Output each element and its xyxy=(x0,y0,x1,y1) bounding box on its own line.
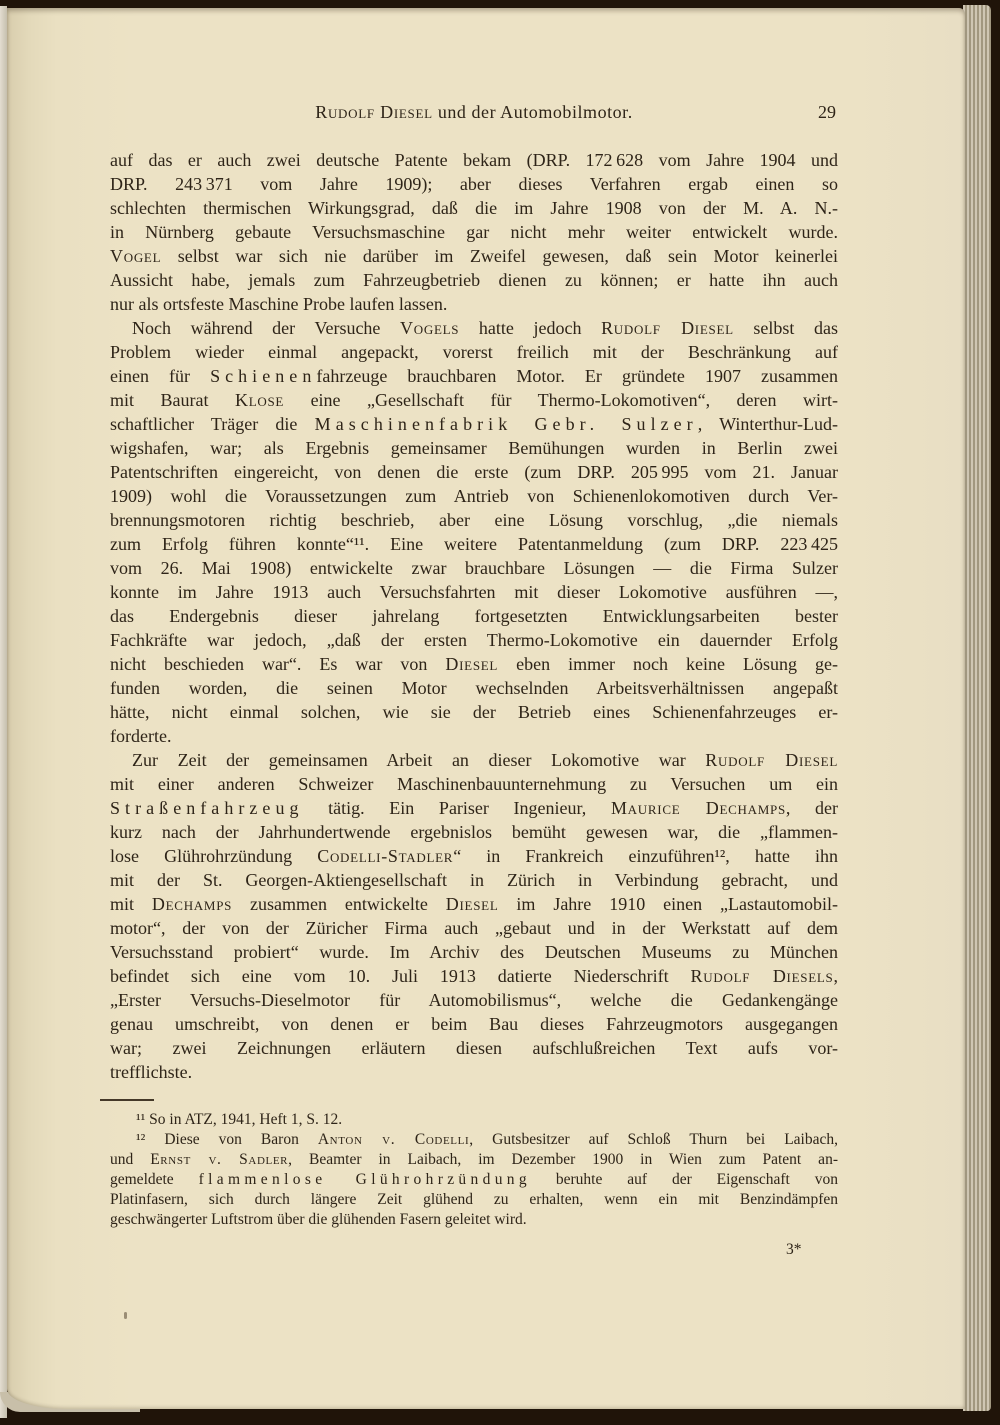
small-caps-name: Rudolf Diesel xyxy=(705,750,838,770)
small-caps-name: Klose xyxy=(235,390,284,410)
small-caps-name: Rudolf Diesel xyxy=(601,318,734,338)
text-segment: “ in Frankreich einzuführen¹², hatte ihn xyxy=(453,846,838,866)
text-line: in Nürnberg gebaute Versuchsmaschine gar… xyxy=(110,220,838,244)
text-segment: Aussicht habe, jemals zum Fahrzeugbetrie… xyxy=(110,270,838,290)
small-caps-name: Vogels xyxy=(400,318,459,338)
text-segment: war; zwei Zeichnungen erläutern diesen a… xyxy=(110,1038,838,1058)
text-segment: 1909) wohl die Voraussetzungen zum Antri… xyxy=(110,486,838,506)
text-segment: nicht beschieden war“. Es war von xyxy=(110,654,445,674)
text-segment: mit einer anderen Schweizer Maschinenbau… xyxy=(110,774,838,794)
text-line: 1909) wohl die Voraussetzungen zum Antri… xyxy=(110,484,838,508)
text-line: gemeldete flammenlose Glührohrzündung be… xyxy=(110,1170,838,1190)
letterspaced-text: flammenlose Glührohrzündung xyxy=(199,1171,531,1188)
small-caps-name: Rudolf Diesels xyxy=(691,966,834,986)
signature-mark: 3* xyxy=(110,1241,838,1259)
text-line: kurz nach der Jahrhundertwende ergebnisl… xyxy=(110,820,838,844)
small-caps-name: Anton v. Codelli xyxy=(318,1131,469,1148)
running-header: Rudolf Diesel und der Automobilmotor. 29 xyxy=(110,100,838,124)
footnote: ¹¹ So in ATZ, 1941, Heft 1, S. 12. xyxy=(110,1110,838,1130)
text-line: forderte. xyxy=(110,724,838,748)
text-segment: Versuchsstand probiert“ wurde. Im Archiv… xyxy=(110,942,838,962)
small-caps-name: Maurice Dechamps xyxy=(611,798,786,818)
letterspaced-text: Straßenfahrzeug xyxy=(110,798,304,818)
text-segment: befindet sich eine vom 10. Juli 1913 dat… xyxy=(110,966,691,986)
page-edges-stack xyxy=(963,5,991,1411)
text-segment: vom 26. Mai 1908) entwickelte zwar brauc… xyxy=(110,558,838,578)
text-segment: konnte im Jahre 1913 auch Versuchsfahrte… xyxy=(110,582,838,602)
text-segment: wigshafen, war; als Ergebnis gemeinsamer… xyxy=(110,438,838,458)
running-header-title: Rudolf Diesel und der Automobilmotor. xyxy=(110,100,838,124)
text-line: das Endergebnis dieser jahrelang fortges… xyxy=(110,604,838,628)
paragraph: auf das er auch zwei deutsche Patente be… xyxy=(110,148,838,316)
text-line: nur als ortsfeste Maschine Probe laufen … xyxy=(110,292,838,316)
text-segment: einen für xyxy=(110,366,210,386)
small-caps-name: Rudolf Diesel xyxy=(315,102,433,122)
text-segment: hätte, nicht einmal solchen, wie sie der… xyxy=(110,702,838,722)
text-segment: , der xyxy=(786,798,838,818)
paragraph: Noch während der Versuche Vogels hatte j… xyxy=(110,316,838,748)
text-line: Noch während der Versuche Vogels hatte j… xyxy=(110,316,838,340)
text-segment: selbst war sich nie darüber im Zweifel g… xyxy=(161,246,838,266)
text-segment: hatte jedoch xyxy=(459,318,601,338)
text-line: Vogel selbst war sich nie darüber im Zwe… xyxy=(110,244,838,268)
paragraph: Zur Zeit der gemeinsamen Arbeit an diese… xyxy=(110,748,838,1084)
text-line: DRP. 243 371 vom Jahre 1909); aber diese… xyxy=(110,172,838,196)
text-line: Platinfasern, sich durch längere Zeit gl… xyxy=(110,1190,838,1210)
ink-speck xyxy=(124,1312,127,1319)
small-caps-name: Codelli-Stadler xyxy=(317,846,453,866)
text-line: hätte, nicht einmal solchen, wie sie der… xyxy=(110,700,838,724)
text-line: vom 26. Mai 1908) entwickelte zwar brauc… xyxy=(110,556,838,580)
text-line: wigshafen, war; als Ergebnis gemeinsamer… xyxy=(110,436,838,460)
text-line: schlechten thermischen Wirkungsgrad, daß… xyxy=(110,196,838,220)
text-segment: , Gutsbesitzer auf Schloß Thurn bei Laib… xyxy=(469,1131,838,1148)
text-line: mit Dechamps zusammen entwickelte Diesel… xyxy=(110,892,838,916)
text-segment: Fachkräfte war jedoch, „daß der ersten T… xyxy=(110,630,838,650)
text-segment: schlechten thermischen Wirkungsgrad, daß… xyxy=(110,198,838,218)
text-line: ¹² Diese von Baron Anton v. Codelli, Gut… xyxy=(110,1130,838,1150)
small-caps-name: Diesel xyxy=(446,894,499,914)
small-caps-name: Vogel xyxy=(110,246,161,266)
text-segment: fahrzeuge brauchbaren Motor. Er gründete… xyxy=(316,366,838,386)
text-segment: geschwängerter Luftstrom über die glühen… xyxy=(110,1211,527,1228)
text-line: genau umschreibt, von denen er beim Bau … xyxy=(110,1012,838,1036)
text-line: geschwängerter Luftstrom über die glühen… xyxy=(110,1210,838,1230)
text-segment: selbst das xyxy=(734,318,838,338)
text-segment: nur als ortsfeste Maschine Probe laufen … xyxy=(110,294,447,314)
text-line: ¹¹ So in ATZ, 1941, Heft 1, S. 12. xyxy=(110,1110,838,1130)
text-segment: mit Baurat xyxy=(110,390,235,410)
text-segment: motor“, der von der Züricher Firma auch … xyxy=(110,918,838,938)
text-line: Zur Zeit der gemeinsamen Arbeit an diese… xyxy=(110,748,838,772)
text-segment: kurz nach der Jahrhundertwende ergebnisl… xyxy=(110,822,838,842)
text-segment: zusammen entwickelte xyxy=(232,894,446,914)
text-line: mit einer anderen Schweizer Maschinenbau… xyxy=(110,772,838,796)
text-segment: Patentschriften eingereicht, von denen d… xyxy=(110,462,838,482)
text-segment: trefflichste. xyxy=(110,1062,192,1082)
text-segment: eine „Gesellschaft für Thermo-Lokomotive… xyxy=(284,390,838,410)
text-segment: im Jahre 1910 einen „Lastautomobil- xyxy=(498,894,838,914)
text-segment: schaftlicher Träger die xyxy=(110,414,315,434)
text-segment: und xyxy=(110,1151,150,1168)
letterspaced-text: Schienen xyxy=(210,366,316,386)
text-segment: genau umschreibt, von denen er beim Bau … xyxy=(110,1014,838,1034)
text-segment: mit der St. Georgen-Aktiengesellschaft i… xyxy=(110,870,838,890)
text-segment: zum Erfolg führen konnte“¹¹. Eine weiter… xyxy=(110,534,838,554)
book-photo-background: Rudolf Diesel und der Automobilmotor. 29… xyxy=(0,0,1000,1425)
text-segment: und der Automobilmotor. xyxy=(433,102,633,122)
text-line: mit der St. Georgen-Aktiengesellschaft i… xyxy=(110,868,838,892)
text-line: Patentschriften eingereicht, von denen d… xyxy=(110,460,838,484)
text-line: auf das er auch zwei deutsche Patente be… xyxy=(110,148,838,172)
text-segment: forderte. xyxy=(110,726,171,746)
text-line: nicht beschieden war“. Es war von Diesel… xyxy=(110,652,838,676)
text-line: einen für Schienenfahrzeuge brauchbaren … xyxy=(110,364,838,388)
text-segment: brennungsmotoren richtig beschrieb, aber… xyxy=(110,510,838,530)
letterspaced-text: Maschinenfabrik Gebr. Sulzer xyxy=(315,414,698,434)
text-segment: DRP. 243 371 vom Jahre 1909); aber diese… xyxy=(110,174,838,194)
text-line: motor“, der von der Züricher Firma auch … xyxy=(110,916,838,940)
facing-page-edge xyxy=(0,6,7,1418)
text-line: zum Erfolg führen konnte“¹¹. Eine weiter… xyxy=(110,532,838,556)
text-line: befindet sich eine vom 10. Juli 1913 dat… xyxy=(110,964,838,988)
text-line: mit Baurat Klose eine „Gesellschaft für … xyxy=(110,388,838,412)
text-segment: , Winterthur-Lud- xyxy=(698,414,838,434)
text-segment: in Nürnberg gebaute Versuchsmaschine gar… xyxy=(110,222,838,242)
text-line: Aussicht habe, jemals zum Fahrzeugbetrie… xyxy=(110,268,838,292)
text-line: brennungsmotoren richtig beschrieb, aber… xyxy=(110,508,838,532)
text-line: lose Glührohrzündung Codelli-Stadler“ in… xyxy=(110,844,838,868)
text-segment: das Endergebnis dieser jahrelang fortges… xyxy=(110,606,838,626)
text-segment: „Erster Versuchs-Dieselmotor für Automob… xyxy=(110,990,838,1010)
text-line: schaftlicher Träger die Maschinenfabrik … xyxy=(110,412,838,436)
small-caps-name: Ernst v. Sadler xyxy=(150,1151,288,1168)
text-line: „Erster Versuchs-Dieselmotor für Automob… xyxy=(110,988,838,1012)
page-content: Rudolf Diesel und der Automobilmotor. 29… xyxy=(110,100,838,1259)
text-segment: eben immer noch keine Lösung ge- xyxy=(498,654,838,674)
text-segment: auf das er auch zwei deutsche Patente be… xyxy=(110,150,838,170)
text-segment: gemeldete xyxy=(110,1171,199,1188)
text-segment: Zur Zeit der gemeinsamen Arbeit an diese… xyxy=(132,750,705,770)
footnote: ¹² Diese von Baron Anton v. Codelli, Gut… xyxy=(110,1130,838,1230)
text-segment: Problem wieder einmal angepackt, vorerst… xyxy=(110,342,838,362)
text-line: Fachkräfte war jedoch, „daß der ersten T… xyxy=(110,628,838,652)
text-segment: lose Glührohrzündung xyxy=(110,846,317,866)
text-line: Versuchsstand probiert“ wurde. Im Archiv… xyxy=(110,940,838,964)
text-line: trefflichste. xyxy=(110,1060,838,1084)
text-line: war; zwei Zeichnungen erläutern diesen a… xyxy=(110,1036,838,1060)
text-segment: tätig. Ein Pariser Ingenieur, xyxy=(304,798,611,818)
text-line: funden worden, die seinen Motor wechseln… xyxy=(110,676,838,700)
footnote-separator-rule xyxy=(100,1099,154,1101)
footnotes: ¹¹ So in ATZ, 1941, Heft 1, S. 12.¹² Die… xyxy=(110,1110,838,1230)
small-caps-name: Dechamps xyxy=(152,894,232,914)
text-line: Problem wieder einmal angepackt, vorerst… xyxy=(110,340,838,364)
text-segment: beruhte auf der Eigenschaft von xyxy=(531,1171,838,1188)
page-number: 29 xyxy=(818,100,836,124)
text-segment: ¹² Diese von Baron xyxy=(136,1131,318,1148)
book-page: Rudolf Diesel und der Automobilmotor. 29… xyxy=(7,8,965,1409)
small-caps-name: Diesel xyxy=(445,654,498,674)
text-segment: Noch während der Versuche xyxy=(132,318,400,338)
text-line: und Ernst v. Sadler, Beamter in Laibach,… xyxy=(110,1150,838,1170)
text-segment: mit xyxy=(110,894,152,914)
text-segment: ¹¹ So in ATZ, 1941, Heft 1, S. 12. xyxy=(136,1111,342,1128)
text-segment: Platinfasern, sich durch längere Zeit gl… xyxy=(110,1191,838,1208)
text-segment: , Beamter in Laibach, im Dezember 1900 i… xyxy=(288,1151,838,1168)
text-segment: funden worden, die seinen Motor wechseln… xyxy=(110,678,838,698)
page-body-text: auf das er auch zwei deutsche Patente be… xyxy=(110,148,838,1084)
text-line: Straßenfahrzeug tätig. Ein Pariser Ingen… xyxy=(110,796,838,820)
text-line: konnte im Jahre 1913 auch Versuchsfahrte… xyxy=(110,580,838,604)
text-segment: , xyxy=(834,966,839,986)
